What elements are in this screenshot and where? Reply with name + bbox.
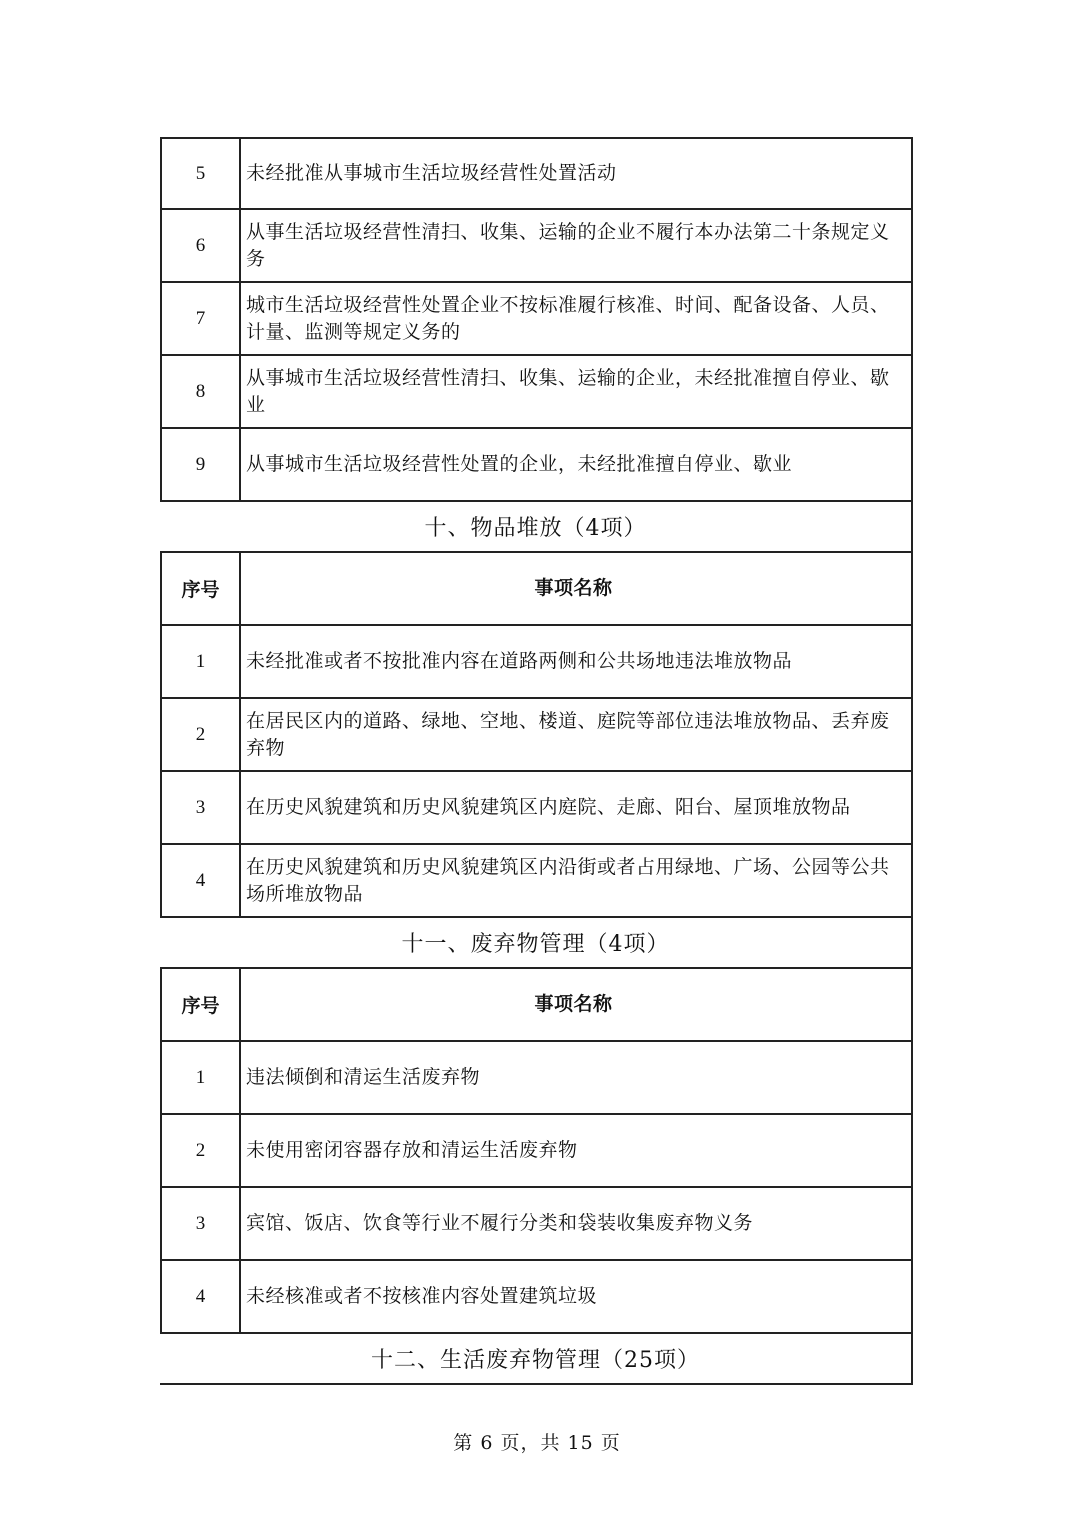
row-item-name: 在历史风貌建筑和历史风貌建筑区内庭院、走廊、阳台、屋顶堆放物品	[241, 772, 911, 843]
row-number: 1	[162, 626, 241, 697]
row-item-name: 违法倾倒和清运生活废弃物	[241, 1042, 911, 1113]
row-item-name: 从事城市生活垃圾经营性清扫、收集、运输的企业，未经批准擅自停业、歇业	[241, 356, 911, 427]
table-row: 4 在历史风貌建筑和历史风貌建筑区内沿街或者占用绿地、广场、公园等公共场所堆放物…	[160, 845, 913, 918]
row-number: 3	[162, 1188, 241, 1259]
section-heading-12: 十二、生活废弃物管理（25项）	[160, 1334, 913, 1385]
row-item-name: 宾馆、饭店、饮食等行业不履行分类和袋装收集废弃物义务	[241, 1188, 911, 1259]
column-header-name: 事项名称	[241, 553, 911, 624]
column-header-number: 序号	[162, 553, 241, 624]
table-row: 3 在历史风貌建筑和历史风貌建筑区内庭院、走廊、阳台、屋顶堆放物品	[160, 772, 913, 845]
document-table: 5 未经批准从事城市生活垃圾经营性处置活动 6 从事生活垃圾经营性清扫、收集、运…	[160, 137, 913, 1385]
column-header-number: 序号	[162, 969, 241, 1040]
row-number: 1	[162, 1042, 241, 1113]
row-item-name: 未经批准从事城市生活垃圾经营性处置活动	[241, 139, 911, 208]
table-row: 8 从事城市生活垃圾经营性清扫、收集、运输的企业，未经批准擅自停业、歇业	[160, 356, 913, 429]
table-header-row: 序号 事项名称	[160, 553, 913, 626]
table-header-row: 序号 事项名称	[160, 969, 913, 1042]
row-number: 4	[162, 845, 241, 916]
table-row: 7 城市生活垃圾经营性处置企业不按标准履行核准、时间、配备设备、人员、计量、监测…	[160, 283, 913, 356]
row-number: 2	[162, 1115, 241, 1186]
page-footer: 第 6 页，共 15 页	[0, 1428, 1074, 1455]
row-number: 6	[162, 210, 241, 281]
row-number: 8	[162, 356, 241, 427]
table-row: 1 未经批准或者不按批准内容在道路两侧和公共场地违法堆放物品	[160, 626, 913, 699]
section-heading-11: 十一、废弃物管理（4项）	[160, 918, 913, 969]
row-number: 7	[162, 283, 241, 354]
row-item-name: 在居民区内的道路、绿地、空地、楼道、庭院等部位违法堆放物品、丢弃废弃物	[241, 699, 911, 770]
row-number: 9	[162, 429, 241, 500]
section-heading-10: 十、物品堆放（4项）	[160, 502, 913, 553]
row-item-name: 未经核准或者不按核准内容处置建筑垃圾	[241, 1261, 911, 1332]
table-row: 6 从事生活垃圾经营性清扫、收集、运输的企业不履行本办法第二十条规定义务	[160, 210, 913, 283]
row-item-name: 未经批准或者不按批准内容在道路两侧和公共场地违法堆放物品	[241, 626, 911, 697]
row-item-name: 城市生活垃圾经营性处置企业不按标准履行核准、时间、配备设备、人员、计量、监测等规…	[241, 283, 911, 354]
table-row: 5 未经批准从事城市生活垃圾经营性处置活动	[160, 137, 913, 210]
table-row: 2 在居民区内的道路、绿地、空地、楼道、庭院等部位违法堆放物品、丢弃废弃物	[160, 699, 913, 772]
table-row: 4 未经核准或者不按核准内容处置建筑垃圾	[160, 1261, 913, 1334]
row-number: 2	[162, 699, 241, 770]
column-header-name: 事项名称	[241, 969, 911, 1040]
table-row: 3 宾馆、饭店、饮食等行业不履行分类和袋装收集废弃物义务	[160, 1188, 913, 1261]
table-row: 9 从事城市生活垃圾经营性处置的企业，未经批准擅自停业、歇业	[160, 429, 913, 502]
row-number: 3	[162, 772, 241, 843]
row-item-name: 从事生活垃圾经营性清扫、收集、运输的企业不履行本办法第二十条规定义务	[241, 210, 911, 281]
row-item-name: 未使用密闭容器存放和清运生活废弃物	[241, 1115, 911, 1186]
row-item-name: 在历史风貌建筑和历史风貌建筑区内沿街或者占用绿地、广场、公园等公共场所堆放物品	[241, 845, 911, 916]
row-item-name: 从事城市生活垃圾经营性处置的企业，未经批准擅自停业、歇业	[241, 429, 911, 500]
table-row: 2 未使用密闭容器存放和清运生活废弃物	[160, 1115, 913, 1188]
row-number: 4	[162, 1261, 241, 1332]
table-row: 1 违法倾倒和清运生活废弃物	[160, 1042, 913, 1115]
row-number: 5	[162, 139, 241, 208]
